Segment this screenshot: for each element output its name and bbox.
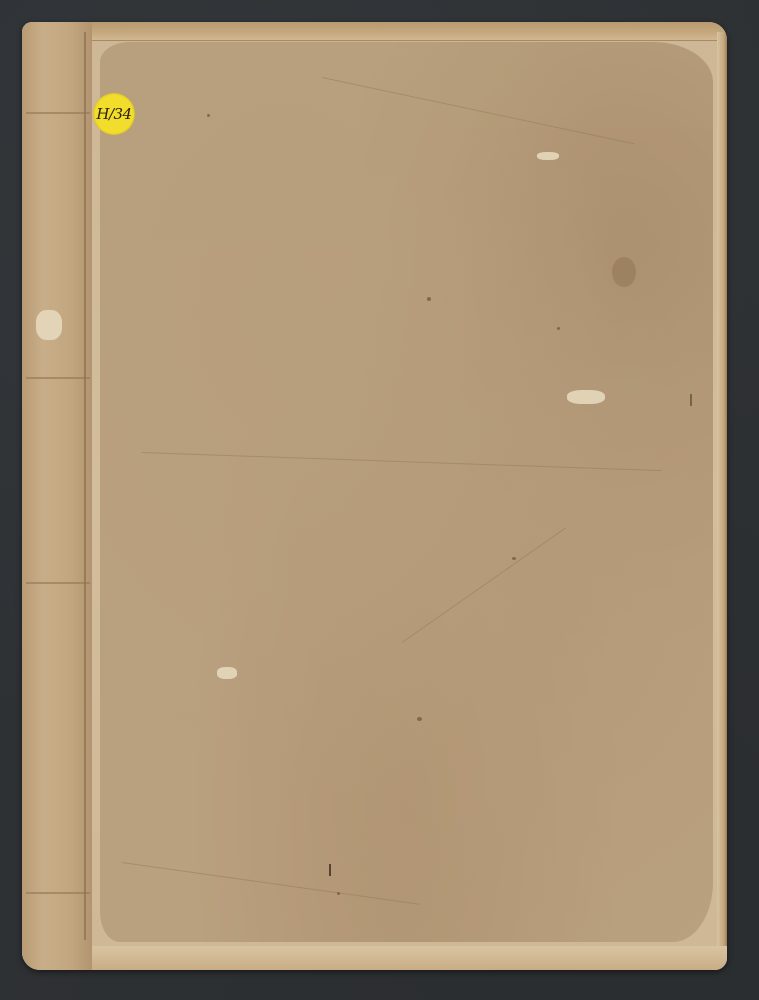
book-cover bbox=[22, 22, 727, 970]
ink-mark bbox=[690, 394, 692, 406]
book-spine bbox=[22, 22, 92, 970]
ink-mark bbox=[329, 864, 331, 876]
stain-blotch bbox=[612, 257, 636, 287]
stain-spot bbox=[337, 892, 340, 895]
cover-stain-area bbox=[100, 42, 713, 942]
binding-stitch bbox=[26, 112, 90, 114]
stain-spot bbox=[557, 327, 560, 330]
spine-fold-line bbox=[84, 32, 86, 940]
stain-spot bbox=[417, 717, 422, 721]
binding-stitch bbox=[26, 377, 90, 379]
stain-spot bbox=[427, 297, 431, 301]
book-bottom-edge bbox=[22, 946, 727, 970]
catalog-label-sticker: H/34 bbox=[93, 93, 135, 135]
binding-stitch bbox=[26, 582, 90, 584]
worn-patch bbox=[217, 667, 237, 679]
worn-patch bbox=[36, 310, 62, 340]
stain-spot bbox=[512, 557, 516, 560]
worn-patch bbox=[537, 152, 559, 160]
stain-spot bbox=[207, 114, 210, 117]
worn-patch bbox=[567, 390, 605, 404]
book-right-edge bbox=[717, 32, 727, 960]
book-top-edge bbox=[22, 22, 727, 41]
catalog-label-text: H/34 bbox=[96, 105, 131, 123]
binding-stitch bbox=[26, 892, 90, 894]
